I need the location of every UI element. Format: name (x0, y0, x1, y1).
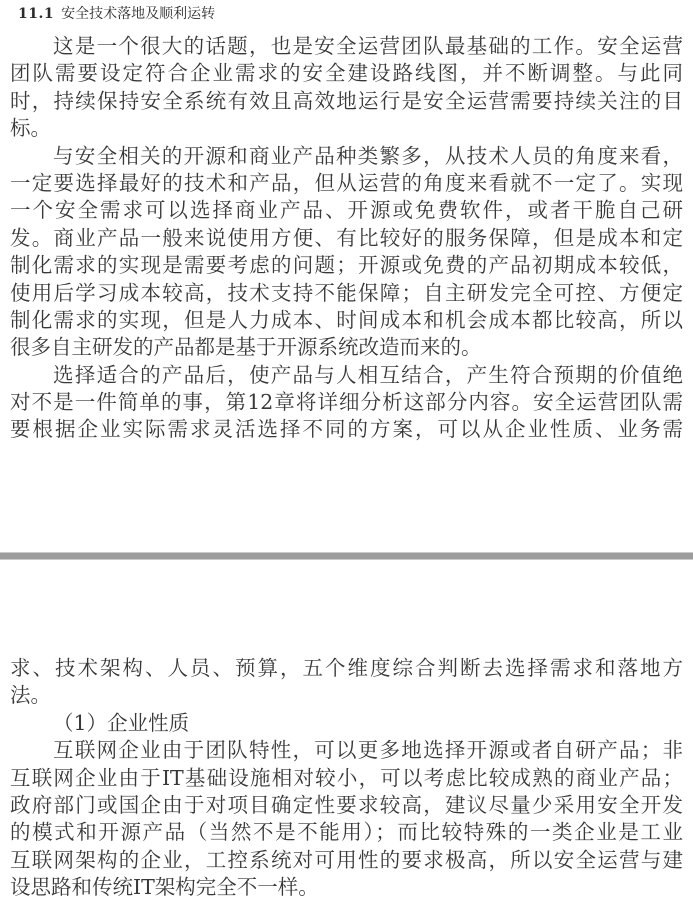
text-line: 互联网架构的企业，工控系统对可用性的要求极高，所以安全运营与建 (10, 847, 683, 874)
text-line: 的模式和开源产品（当然不是不能用）；而比较特殊的一类企业是工业 (10, 819, 683, 846)
section-header: 11.1安全技术落地及顺利运转 (18, 5, 215, 23)
subheading-line: （1）企业性质 (10, 710, 683, 737)
text-line: 求、技术架构、人员、预算，五个维度综合判断去选择需求和落地方 (10, 655, 683, 682)
text-line: 互联网企业由于团队特性，可以更多地选择开源或者自研产品；非 (10, 737, 683, 764)
text-line: 一定要选择最好的技术和产品，但从运营的角度来看就不一定了。实现 (10, 170, 683, 197)
text-line: 标。 (10, 115, 683, 142)
text-line: 发。商业产品一般来说使用方便、有比较好的服务保障，但是成本和定 (10, 225, 683, 252)
book-page: 11.1安全技术落地及顺利运转 这是一个很大的话题，也是安全运营团队最基础的工作… (0, 0, 693, 902)
page-bottom-text: 求、技术架构、人员、预算，五个维度综合判断去选择需求和落地方法。（1）企业性质互… (10, 655, 683, 902)
page-top-text: 这是一个很大的话题，也是安全运营团队最基础的工作。安全运营团队需要设定符合企业需… (10, 33, 683, 444)
section-number: 11.1 (18, 6, 54, 22)
text-line: 互联网企业由于IT基础设施相对较小，可以考虑比较成熟的商业产品； (10, 765, 683, 792)
text-line: 时，持续保持安全系统有效且高效地运行是安全运营需要持续关注的目 (10, 88, 683, 115)
text-line: 这是一个很大的话题，也是安全运营团队最基础的工作。安全运营 (10, 33, 683, 60)
text-line: 与安全相关的开源和商业产品种类繁多，从技术人员的角度来看， (10, 143, 683, 170)
text-line: 使用后学习成本较高，技术支持不能保障；自主研发完全可控、方便定 (10, 280, 683, 307)
text-line: 对不是一件简单的事，第12章将详细分析这部分内容。安全运营团队需 (10, 389, 683, 416)
text-line: 很多自主研发的产品都是基于开源系统改造而来的。 (10, 334, 683, 361)
text-line: 设思路和传统IT架构完全不一样。 (10, 874, 683, 901)
text-line: 选择适合的产品后，使产品与人相互结合，产生符合预期的价值绝 (10, 362, 683, 389)
text-line: 要根据企业实际需求灵活选择不同的方案，可以从企业性质、业务需 (10, 416, 683, 443)
text-line: 团队需要设定符合企业需求的安全建设路线图，并不断调整。与此同 (10, 60, 683, 87)
page-break-divider (0, 552, 693, 560)
text-line: 制化需求的实现，但是人力成本、时间成本和机会成本都比较高，所以 (10, 307, 683, 334)
text-line: 一个安全需求可以选择商业产品、开源或免费软件，或者干脆自己研 (10, 197, 683, 224)
text-line: 制化需求的实现是需要考虑的问题；开源或免费的产品初期成本较低， (10, 252, 683, 279)
section-title: 安全技术落地及顺利运转 (61, 6, 215, 22)
text-line: 法。 (10, 682, 683, 709)
text-line: 政府部门或国企由于对项目确定性要求较高，建议尽量少采用安全开发 (10, 792, 683, 819)
